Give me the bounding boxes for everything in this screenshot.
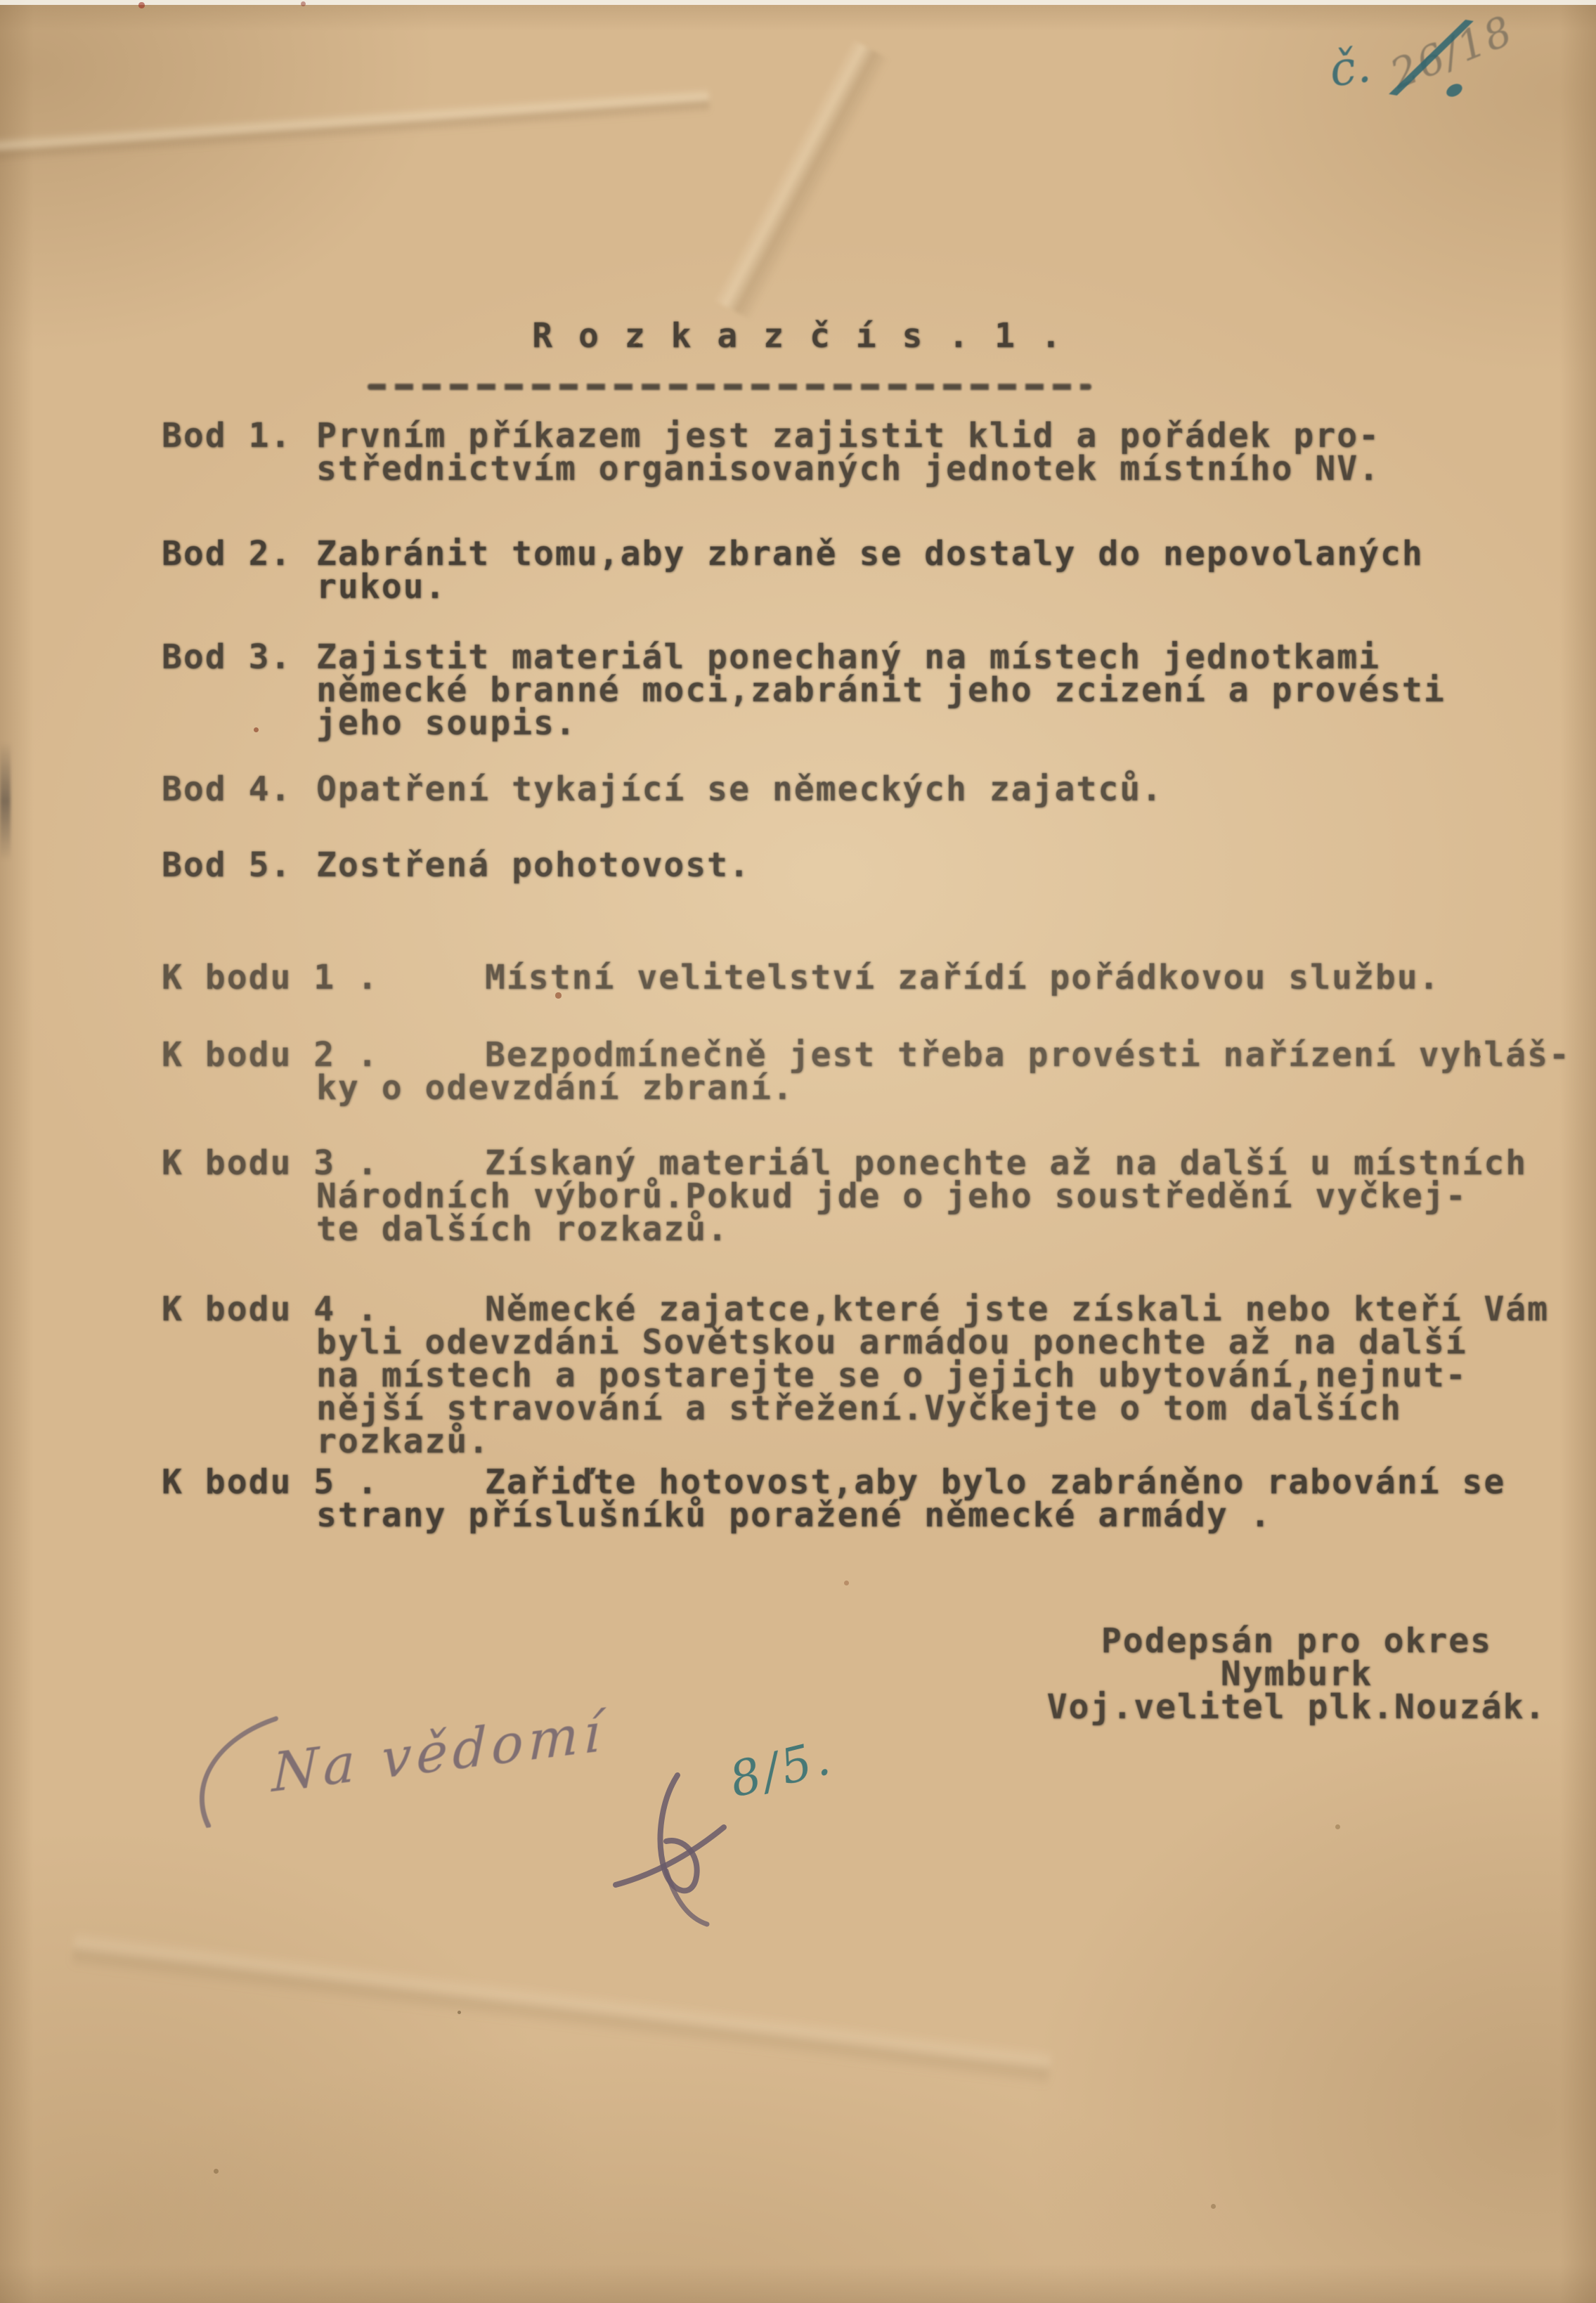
- scan-top-edge: [0, 0, 1596, 5]
- point-label: Bod 2.: [162, 538, 316, 571]
- text-line: jeho soupis.: [316, 707, 1446, 740]
- clarification-point-5: K bodu 5 .Zařiďte hotovost,aby bylo zabr…: [162, 1466, 1505, 1532]
- order-point-4: Bod 4.Opatření tykající se německých zaj…: [162, 773, 1163, 806]
- paper-crease: [0, 65, 711, 180]
- text-line: německé branné moci,zabránit jeho zcizen…: [316, 674, 1446, 707]
- text-line: na místech a postarejte se o jejich ubyt…: [316, 1359, 1549, 1392]
- point-text: Místní velitelství zařídí pořádkovou slu…: [485, 958, 1441, 997]
- text-line: strany příslušníků poražené německé armá…: [316, 1499, 1505, 1532]
- point-label: K bodu 3 .: [162, 1147, 485, 1180]
- text-line: K bodu 4 .Německé zajatce,které jste zís…: [162, 1293, 1549, 1326]
- point-label: Bod 3.: [162, 641, 316, 674]
- document-title: R o z k a z č í s . 1 .: [0, 320, 1596, 353]
- paper-crease: [61, 1838, 1063, 2167]
- point-label: K bodu 2 .: [162, 1039, 485, 1072]
- point-text: Zabránit tomu,aby zbraně se dostaly do n…: [316, 534, 1424, 573]
- scanned-document-page: 26/18 č. ∕. R o z k a z č í s . 1 . Bod …: [0, 0, 1596, 2303]
- text-line: střednictvím organisovaných jednotek mís…: [316, 453, 1380, 486]
- handwritten-note: Na vědomí: [176, 1673, 606, 1831]
- flourish-curve: [176, 1712, 283, 1831]
- pencil-streak-left-edge: [0, 741, 11, 861]
- point-label: K bodu 1 .: [162, 961, 485, 994]
- text-line: Bod 4.Opatření tykající se německých zaj…: [162, 773, 1163, 806]
- point-label: Bod 1.: [162, 420, 316, 453]
- text-line: Bod 1.Prvním příkazem jest zajistit klid…: [162, 420, 1380, 453]
- point-text: Opatření tykající se německých zajatců.: [316, 770, 1163, 809]
- clarification-point-3: K bodu 3 .Získaný materiál ponechte až n…: [162, 1147, 1527, 1246]
- text-line: K bodu 3 .Získaný materiál ponechte až n…: [162, 1147, 1527, 1180]
- signature-line: Podepsán pro okres: [1012, 1625, 1581, 1658]
- point-label: Bod 5.: [162, 849, 316, 882]
- text-line: byli odevzdáni Sovětskou armádou ponecht…: [316, 1326, 1549, 1359]
- text-line: rukou.: [316, 571, 1424, 604]
- order-point-5: Bod 5.Zostřená pohotovost.: [162, 849, 751, 882]
- handwritten-date: 8/5.: [725, 1730, 838, 1808]
- text-line: K bodu 5 .Zařiďte hotovost,aby bylo zabr…: [162, 1466, 1505, 1499]
- paper-specks: [0, 0, 2, 2]
- signature-line: Voj.velitel plk.Nouzák.: [1012, 1691, 1581, 1724]
- signature-block: Podepsán pro okres Nymburk Voj.velitel p…: [1012, 1625, 1581, 1724]
- clarification-point-1: K bodu 1 .Místní velitelství zařídí pořá…: [162, 961, 1441, 994]
- text-line: Bod 3.Zajistit materiál ponechaný na mís…: [162, 641, 1446, 674]
- text-line: Bod 5.Zostřená pohotovost.: [162, 849, 751, 882]
- text-line: K bodu 2 .Bezpodmínečně jest třeba prové…: [162, 1039, 1571, 1072]
- order-point-2: Bod 2.Zabránit tomu,aby zbraně se dostal…: [162, 538, 1424, 604]
- registry-ink-mark: č.: [1326, 38, 1374, 97]
- order-point-1: Bod 1.Prvním příkazem jest zajistit klid…: [162, 420, 1380, 486]
- text-line: te dalších rozkazů.: [316, 1213, 1527, 1246]
- text-line: rozkazů.: [316, 1425, 1549, 1458]
- handwritten-note-text: Na vědomí: [271, 1700, 606, 1804]
- text-line: nější stravování a střežení.Vyčkejte o t…: [316, 1392, 1549, 1425]
- title-underline: [368, 384, 1091, 390]
- point-text: Zostřená pohotovost.: [316, 845, 751, 885]
- text-line: ky o odevzdání zbraní.: [316, 1072, 1571, 1105]
- point-label: Bod 4.: [162, 773, 316, 806]
- point-label: K bodu 5 .: [162, 1466, 485, 1499]
- order-point-3: Bod 3.Zajistit materiál ponechaný na mís…: [162, 641, 1446, 740]
- point-label: K bodu 4 .: [162, 1293, 485, 1326]
- text-line: Národních výborů.Pokud jde o jeho soustř…: [316, 1180, 1527, 1213]
- signature-line: Nymburk: [1012, 1658, 1581, 1691]
- clarification-point-2: K bodu 2 .Bezpodmínečně jest třeba prové…: [162, 1039, 1571, 1105]
- text-line: K bodu 1 .Místní velitelství zařídí pořá…: [162, 961, 1441, 994]
- clarification-point-4: K bodu 4 .Německé zajatce,které jste zís…: [162, 1293, 1549, 1458]
- text-line: Bod 2.Zabránit tomu,aby zbraně se dostal…: [162, 538, 1424, 571]
